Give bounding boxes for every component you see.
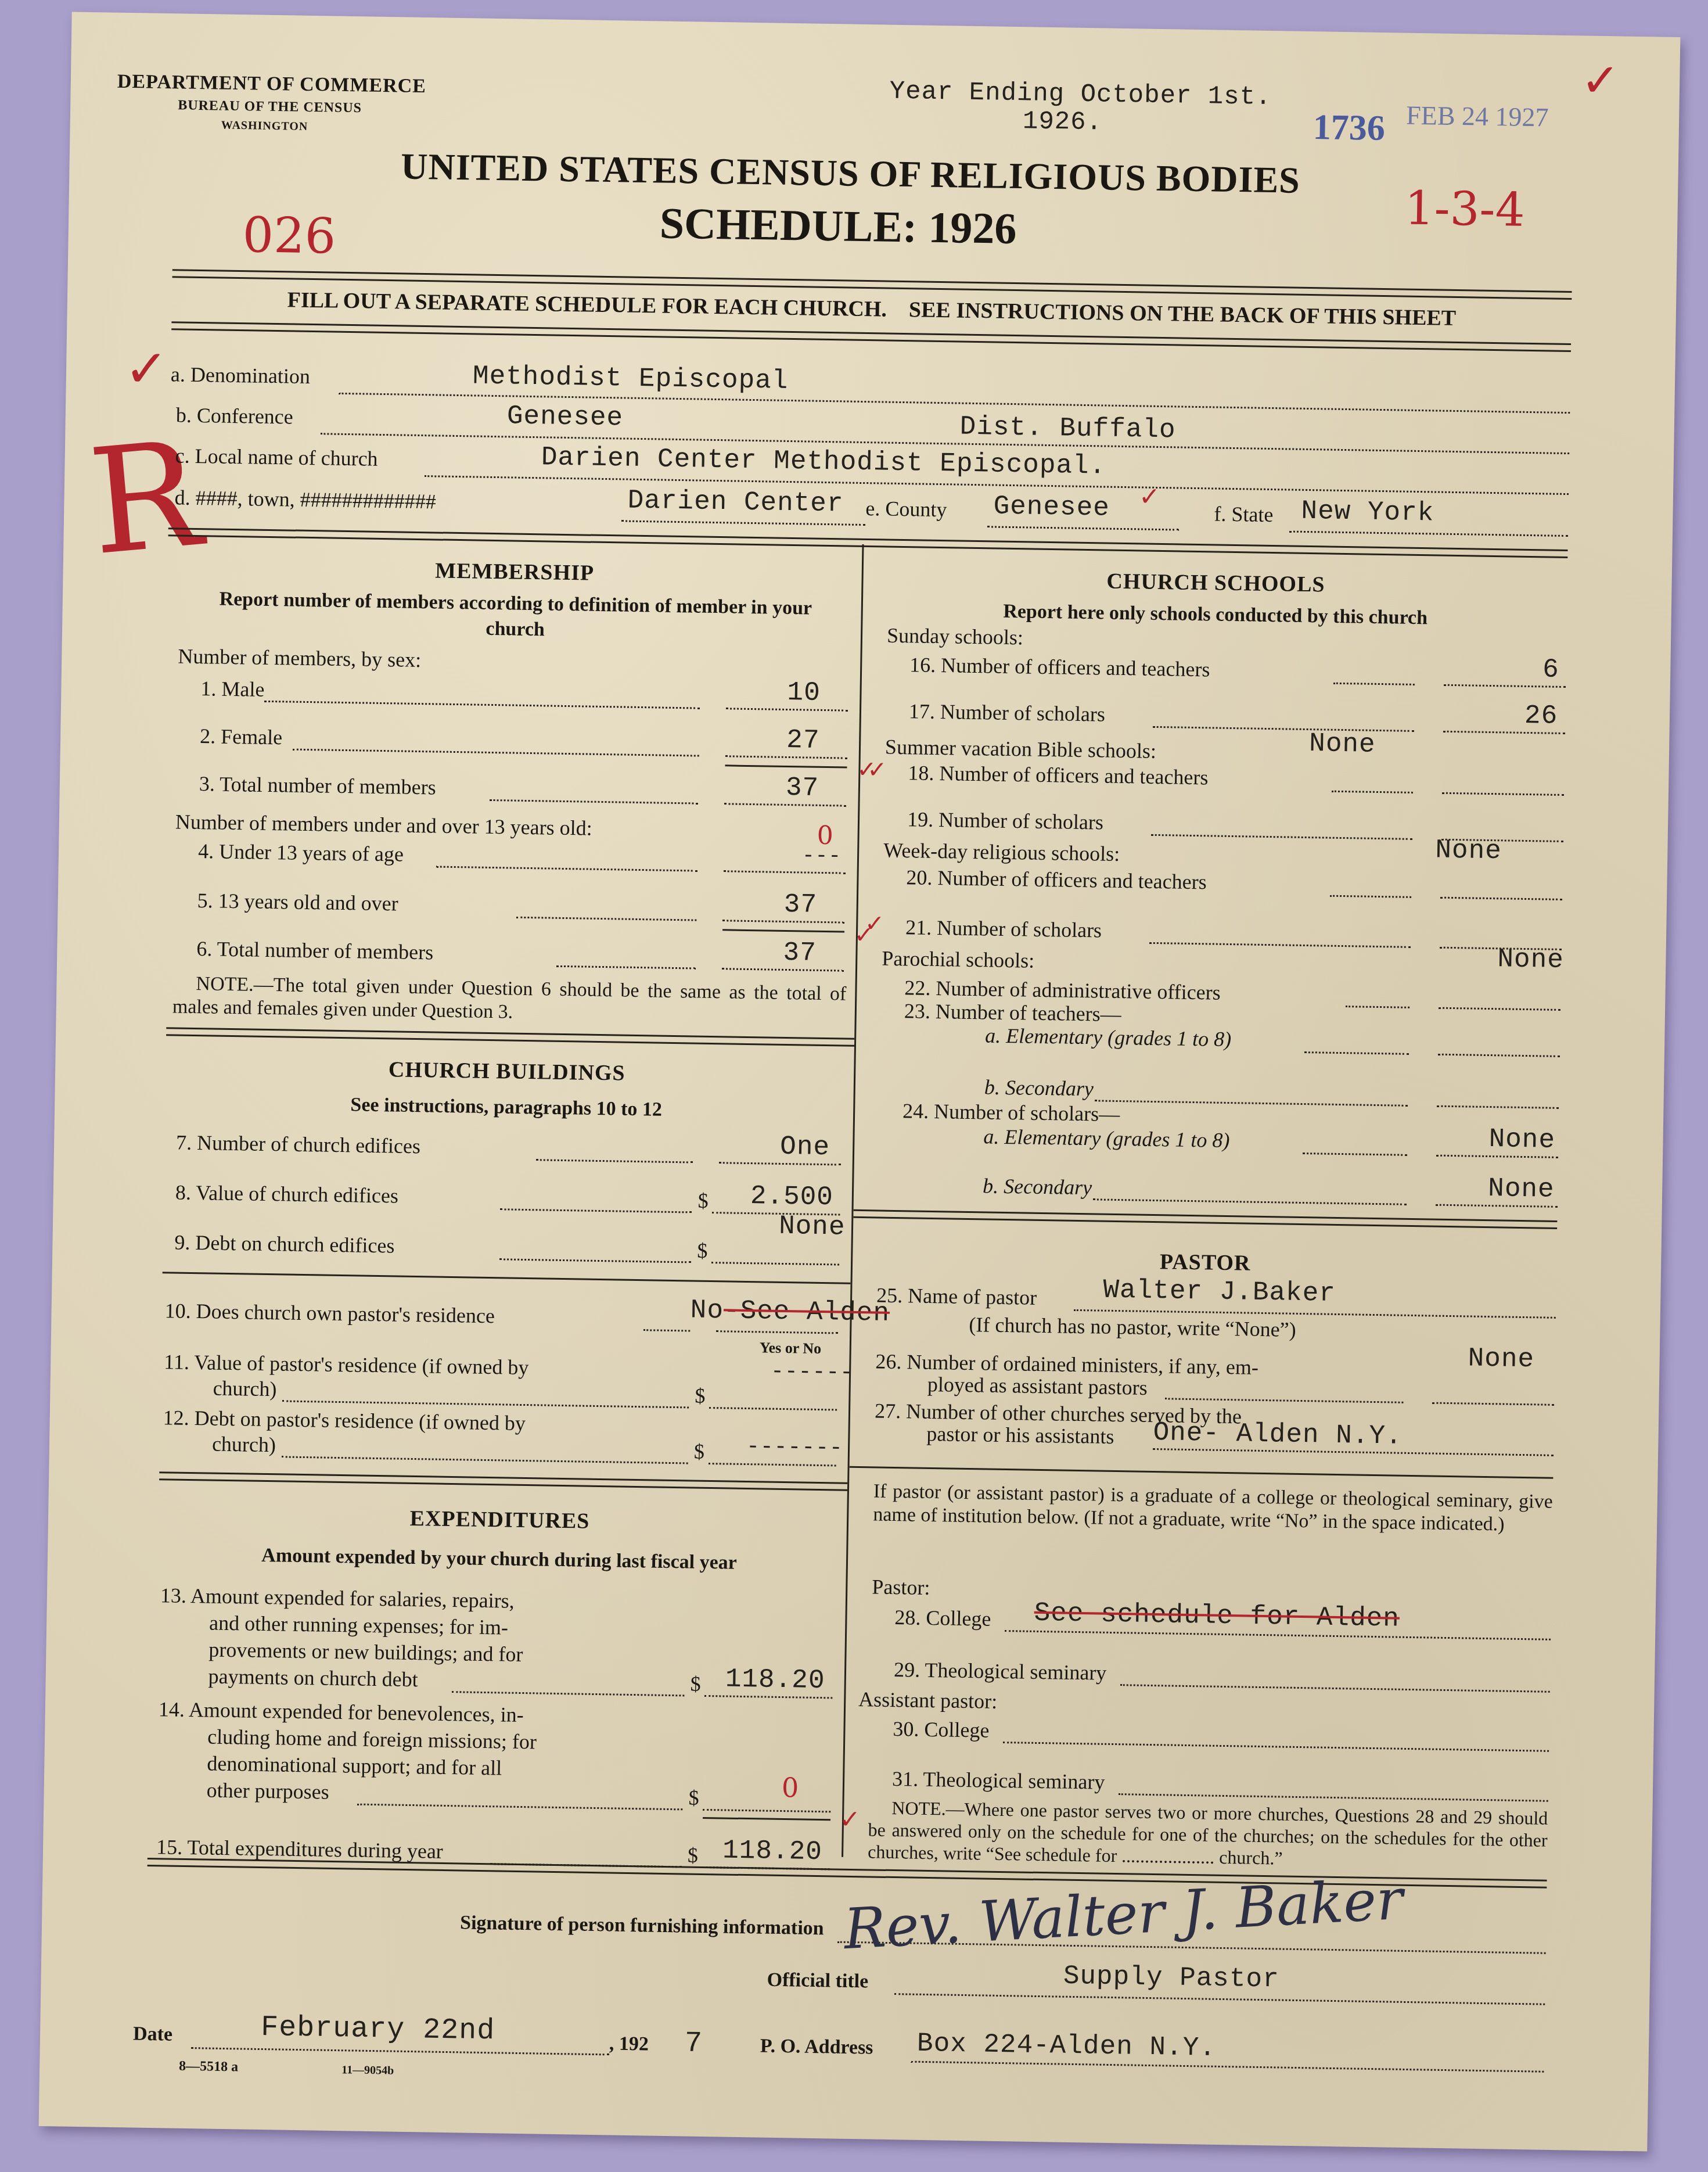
form-number-2: 11—9054b [341, 2063, 394, 2077]
q27-label-cont: pastor or his assistants [926, 1421, 1114, 1449]
q3-total-field[interactable]: 37 [786, 773, 819, 803]
q23b-label: b. Secondary [984, 1075, 1094, 1101]
parochial-schools-field[interactable]: None [1497, 944, 1564, 975]
q23a-line [1304, 1051, 1409, 1055]
q3-label: 3. Total number of members [199, 771, 436, 799]
q1-label: 1. Male [200, 676, 265, 702]
denomination-field[interactable]: Methodist Episcopal [473, 361, 789, 396]
q29-label: 29. Theological seminary [894, 1657, 1107, 1685]
membership-note: NOTE.—The total given under Question 6 s… [172, 972, 847, 1029]
q28-label: 28. College [894, 1605, 991, 1631]
q26-line [1165, 1398, 1403, 1403]
q3-line [490, 799, 699, 805]
q10-label: 10. Does church own pastor's residence [164, 1298, 495, 1328]
local-church-name-field[interactable]: Darien Center Methodist Episcopal. [541, 442, 1106, 481]
q12-debt-field[interactable]: ------- [746, 1434, 843, 1461]
q2-sum-rule [725, 764, 847, 768]
pastor-subheading: Pastor: [872, 1574, 930, 1600]
q22-line [1346, 1006, 1409, 1008]
q7-label: 7. Number of church edifices [176, 1130, 420, 1159]
state-field[interactable]: New York [1301, 496, 1434, 529]
expenditures-heading: EXPENDITURES [153, 1502, 847, 1538]
q10-line [643, 1329, 690, 1331]
summer-schools-heading: Summer vacation Bible schools: [885, 735, 1157, 763]
q17-scholars-field[interactable]: 26 [1524, 701, 1558, 731]
q26-label-cont: ployed as assistant pastors [927, 1372, 1148, 1400]
q20-officers-field[interactable] [1440, 897, 1562, 900]
column-divider [842, 544, 864, 1857]
pastor-heading: PASTOR [854, 1244, 1557, 1281]
weekday-schools-field[interactable]: None [1435, 835, 1502, 867]
handwritten-reference: 1-3-4 [1404, 181, 1525, 237]
county-line [987, 526, 1179, 530]
assistant-pastor-subheading: Assistant pastor: [858, 1687, 998, 1714]
state-line [1289, 531, 1568, 537]
q28-college-field[interactable]: See schedule for Alden [1034, 1598, 1400, 1634]
q9-label: 9. Debt on church edifices [174, 1230, 394, 1258]
q5-over13-field[interactable]: 37 [783, 889, 817, 920]
buildings-subtitle: See instructions, paragraphs 10 to 12 [159, 1089, 854, 1126]
q25-hint: (If church has no pastor, write “None”) [969, 1312, 1296, 1342]
county-field[interactable]: Genesee [993, 491, 1110, 523]
q2-answer-line [725, 755, 847, 759]
red-tick-icon: ✓ [839, 1805, 861, 1835]
q12-label: 12. Debt on pastor's residence (if owned… [163, 1405, 526, 1435]
q3-answer-line [724, 803, 846, 806]
year-prefix: , 192 [609, 2033, 649, 2055]
section-rule [166, 1027, 854, 1047]
q7-edifices-field[interactable]: One [780, 1132, 830, 1162]
conference-field[interactable]: Genesee [507, 401, 624, 433]
q24b-secondary-field[interactable]: None [1488, 1173, 1555, 1205]
year-digit-field[interactable]: 7 [685, 2027, 703, 2060]
q30-label: 30. College [893, 1717, 990, 1743]
q13-running-expenses-field[interactable]: 118.20 [725, 1664, 825, 1696]
parochial-schools-heading: Parochial schools: [882, 946, 1035, 973]
currency-symbol: $ [697, 1238, 708, 1263]
q8-line [500, 1208, 692, 1213]
official-title-line [894, 1993, 1545, 2005]
q10-answer-line [716, 1330, 838, 1334]
q11-label: 11. Value of pastor's residence (if owne… [164, 1349, 529, 1380]
red-check-mark-icon: ✓ [124, 338, 168, 400]
town-label: d. ####, town, ############# [174, 485, 436, 514]
denomination-label: a. Denomination [171, 362, 311, 389]
q18-officers-field[interactable] [1442, 792, 1564, 796]
q4-answer-line [724, 870, 846, 874]
date-field[interactable]: February 22nd [261, 2011, 495, 2048]
q18-label: 18. Number of officers and teachers [908, 760, 1209, 789]
q23-label: 23. Number of teachers— [904, 999, 1121, 1026]
stamp-number: 1736 [1313, 107, 1385, 149]
q1-male-field[interactable]: 10 [787, 677, 821, 708]
currency-symbol: $ [695, 1384, 706, 1408]
q24a-label: a. Elementary (grades 1 to 8) [983, 1124, 1230, 1153]
census-form-sheet: DEPARTMENT OF COMMERCE BUREAU OF THE CEN… [39, 12, 1681, 2151]
church-schools-heading: CHURCH SCHOOLS [864, 565, 1567, 601]
membership-heading: MEMBERSHIP [167, 554, 862, 590]
red-check-mark-icon: ✓ [1581, 53, 1620, 107]
currency-symbol: $ [688, 1786, 699, 1810]
q14-answer-line [703, 1809, 830, 1812]
q31-seminary-field[interactable] [1119, 1793, 1548, 1802]
q9-answer-line [711, 1262, 839, 1265]
q11-label-cont: church) [213, 1376, 277, 1402]
section-rule [163, 1272, 851, 1284]
currency-symbol: $ [688, 1843, 699, 1868]
q7-line [536, 1159, 693, 1163]
by-sex-heading: Number of members, by sex: [178, 644, 422, 672]
q2-line [293, 749, 699, 757]
q30-college-field[interactable] [1003, 1742, 1549, 1752]
q11-dashes: ------ [771, 1359, 854, 1385]
signature-label: Signature of person furnishing informati… [460, 1912, 824, 1940]
q5-sum-rule [722, 929, 844, 932]
q12-label-cont: church) [212, 1432, 276, 1457]
q10-answer: No [690, 1295, 724, 1326]
q12-answer-line [709, 1463, 836, 1466]
year-ending-line1: Year Ending October 1st. [889, 77, 1271, 112]
po-address-line [911, 2061, 1544, 2073]
q26-assistant-pastors-field[interactable]: None [1468, 1344, 1534, 1375]
q31-label: 31. Theological seminary [892, 1767, 1105, 1794]
q22-admin-officers-field[interactable] [1439, 1007, 1560, 1011]
section-rule [159, 1471, 847, 1491]
town-field[interactable]: Darien Center [627, 486, 844, 519]
q5-answer-line [722, 920, 844, 923]
q20-label: 20. Number of officers and teachers [906, 865, 1207, 894]
q13-label: 13. Amount expended for salaries, repair… [159, 1582, 524, 1694]
q6-label: 6. Total number of members [196, 936, 433, 964]
q2-female-field[interactable]: 27 [786, 725, 820, 756]
graduate-instructions: If pastor (or assistant pastor) is a gra… [873, 1480, 1553, 1536]
q24-label: 24. Number of scholars— [902, 1098, 1120, 1126]
sunday-schools-heading: Sunday schools: [887, 623, 1024, 650]
year-ending-line2: 1926. [1023, 107, 1103, 137]
q5-label: 5. 13 years old and over [197, 888, 398, 916]
q11-value-field[interactable] [709, 1407, 837, 1410]
q19-label: 19. Number of scholars [907, 807, 1104, 834]
q23a-label: a. Elementary (grades 1 to 8) [985, 1023, 1232, 1051]
q24b-answer-line [1436, 1204, 1558, 1208]
q16-line [1333, 683, 1415, 685]
q23a-elementary-field[interactable] [1438, 1054, 1560, 1057]
weekday-schools-heading: Week-day religious schools: [883, 838, 1120, 866]
q5-line [516, 917, 696, 921]
q23b-secondary-field[interactable] [1437, 1105, 1559, 1109]
q25-label: 25. Name of pastor [876, 1283, 1037, 1310]
form-number-1: 8—5518 a [179, 2059, 238, 2076]
by-age-heading: Number of members under and over 13 year… [175, 809, 592, 840]
q23b-line [1095, 1100, 1408, 1106]
pastor-note: NOTE.—Where one pastor serves two or mor… [868, 1796, 1548, 1873]
q27-other-churches-field[interactable]: One- Alden N.Y. [1153, 1417, 1403, 1452]
q14-sum-rule [703, 1817, 830, 1821]
town-line [621, 520, 865, 526]
q24a-line [1303, 1153, 1407, 1156]
q18-line [1332, 791, 1413, 794]
q21-label: 21. Number of scholars [905, 915, 1102, 942]
q16-officers-field[interactable]: 6 [1542, 654, 1559, 684]
yes-or-no-hint: Yes or No [760, 1339, 822, 1358]
q14-label: 14. Amount expended for benevolences, in… [157, 1696, 537, 1808]
q24a-elementary-field[interactable]: None [1488, 1124, 1555, 1155]
q13-answer-line [704, 1695, 832, 1699]
q4-handwritten-zero: 0 [817, 821, 833, 850]
q26-answer-line [1432, 1402, 1554, 1406]
q2-label: 2. Female [200, 724, 283, 749]
red-tick-icon: ✓ [865, 910, 884, 938]
q10-struck-text: -See Alden [724, 1295, 890, 1328]
county-label: e. County [865, 496, 947, 522]
currency-symbol: $ [690, 1672, 701, 1696]
q6-line [556, 965, 696, 970]
q24b-line [1093, 1198, 1407, 1205]
q15-total-expenditures-field[interactable]: 118.20 [722, 1835, 822, 1867]
q1-line [264, 701, 700, 709]
expenditures-subtitle: Amount expended by your church during la… [152, 1541, 847, 1578]
po-address-field[interactable]: Box 224-Alden N.Y. [917, 2029, 1217, 2063]
q21-line [1149, 942, 1411, 948]
q16-answer-line [1444, 684, 1566, 688]
q16-label: 16. Number of officers and teachers [909, 652, 1210, 681]
q7-answer-line [719, 1162, 841, 1165]
membership-subtitle: Report number of members according to de… [213, 586, 818, 647]
q6-answer-line [722, 968, 844, 971]
handwritten-code: 026 [242, 206, 336, 265]
q6-total-field[interactable]: 37 [783, 938, 817, 968]
q8-label: 8. Value of church edifices [175, 1180, 399, 1208]
section-rule [853, 1209, 1557, 1229]
city-heading: WASHINGTON [221, 119, 308, 134]
red-tick-icon: ✓ [867, 756, 887, 784]
received-date-stamp: FEB 24 1927 [1406, 100, 1549, 133]
official-title-label: Official title [767, 1969, 868, 1993]
q4-line [436, 866, 697, 871]
buildings-heading: CHURCH BUILDINGS [160, 1053, 854, 1090]
conference-label: b. Conference [176, 403, 294, 429]
section-rule [850, 1466, 1554, 1479]
currency-symbol: $ [694, 1439, 705, 1464]
q12-line [282, 1456, 688, 1464]
q9-debt-field[interactable]: None [779, 1211, 846, 1243]
q24a-answer-line [1436, 1155, 1558, 1158]
q4-label: 4. Under 13 years of age [198, 839, 404, 867]
date-label: Date [133, 2023, 173, 2046]
q17-label: 17. Number of scholars [909, 699, 1106, 726]
q8-value-field[interactable]: 2.500 [750, 1181, 833, 1212]
q9-line [499, 1258, 691, 1263]
q1-answer-line [726, 708, 848, 711]
q24b-label: b. Secondary [983, 1173, 1092, 1200]
summer-schools-field[interactable]: None [1309, 728, 1376, 760]
q14-benevolences-field[interactable]: 0 [781, 1772, 799, 1803]
q29-seminary-field[interactable] [1120, 1684, 1550, 1693]
state-label: f. State [1214, 501, 1274, 527]
q11-line [282, 1400, 689, 1408]
department-heading: DEPARTMENT OF COMMERCE [117, 71, 427, 98]
official-title-field[interactable]: Supply Pastor [1063, 1961, 1279, 1995]
po-address-label: P. O. Address [760, 2035, 873, 2059]
q17-answer-line [1443, 731, 1565, 734]
red-tick-icon: ✓ [1138, 482, 1160, 512]
date-line [191, 2047, 609, 2055]
local-name-label: c. Local name of church [175, 443, 377, 471]
q19-line [1151, 834, 1412, 840]
currency-symbol: $ [697, 1189, 709, 1213]
bureau-heading: BUREAU OF THE CENSUS [178, 98, 362, 116]
q10-residence-field[interactable]: No-See Alden [690, 1295, 890, 1328]
q20-line [1330, 895, 1411, 898]
district-field[interactable]: Dist. Buffalo [959, 412, 1176, 446]
q25-pastor-name-field[interactable]: Walter J.Baker [1103, 1275, 1336, 1309]
